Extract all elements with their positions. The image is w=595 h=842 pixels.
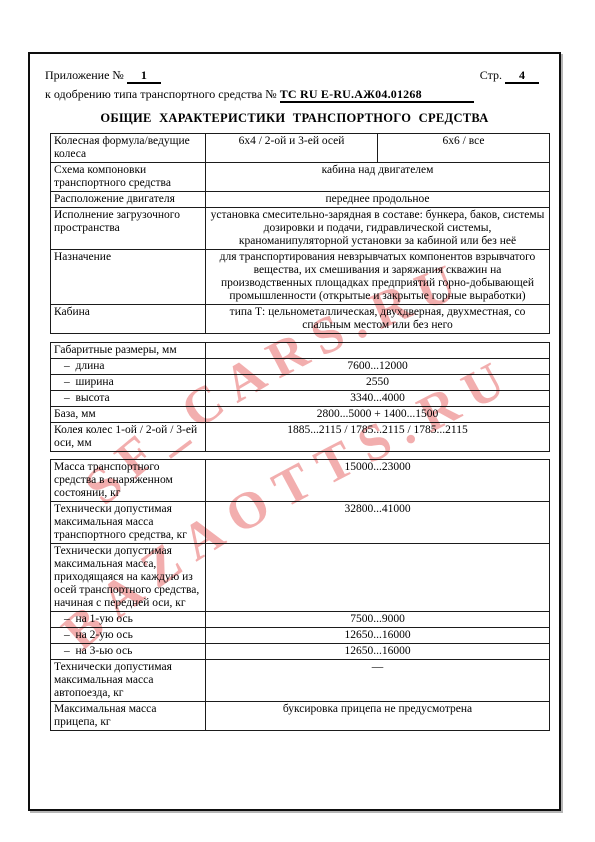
row-label-cell: – на 2-ую ось [51,628,206,644]
tables-container: Колесная формула/ведущие колеса6х4 / 2-о… [50,133,549,731]
table-row: Технически допустимая максимальная масса… [51,660,550,702]
table-row: – длина7600...12000 [51,359,550,375]
table-row: – на 2-ую ось12650...16000 [51,628,550,644]
table-row: Кабинатипа Т: цельнометаллическая, двухд… [51,305,550,334]
row-label-cell: Технически допустимая максимальная масса… [51,544,206,612]
row-value-cell: — [206,660,550,702]
row-label-cell: Кабина [51,305,206,334]
masses-table: Масса транспортного средства в снаряженн… [50,459,550,731]
row-value-cell [206,343,550,359]
row-label-cell: Назначение [51,250,206,305]
dimensions-table: Габаритные размеры, мм– длина7600...1200… [50,342,550,452]
table-row: Масса транспортного средства в снаряженн… [51,460,550,502]
table-row: Колея колес 1-ой / 2-ой / 3-ей оси, мм18… [51,423,550,452]
approval-number: ТС RU E-RU.АЖ04.01268 [280,87,474,103]
header-row: Приложение № 1 Стр. 4 [45,68,539,84]
row-label-cell: – на 3-ью ось [51,644,206,660]
table-row: Технически допустимая максимальная масса… [51,544,550,612]
row-value-cell: 12650...16000 [206,628,550,644]
row-value-cell: кабина над двигателем [206,163,550,192]
row-label-cell: – высота [51,391,206,407]
row-value-cell: типа Т: цельнометаллическая, двухдверная… [206,305,550,334]
approval-line: к одобрению типа транспортного средства … [45,87,539,102]
table-row: Габаритные размеры, мм [51,343,550,359]
row-label-cell: Максимальная масса прицепа, кг [51,702,206,731]
table-row: Максимальная масса прицепа, кгбуксировка… [51,702,550,731]
table-row: Назначениедля транспортирования невзрывч… [51,250,550,305]
row-label-cell: Технически допустимая максимальная масса… [51,502,206,544]
row-value-cell: 6х6 / все [378,134,550,163]
table-row: Исполнение загрузочного пространствауста… [51,208,550,250]
row-label-cell: – на 1-ую ось [51,612,206,628]
table-row: – ширина2550 [51,375,550,391]
row-value-cell: 2550 [206,375,550,391]
page-frame: Приложение № 1 Стр. 4 к одобрению типа т… [28,52,561,811]
table-row: Колесная формула/ведущие колеса6х4 / 2-о… [51,134,550,163]
general-characteristics-table: Колесная формула/ведущие колеса6х4 / 2-о… [50,133,550,334]
row-value-cell: установка смесительно-зарядная в составе… [206,208,550,250]
table-row: Схема компоновки транспортного средствак… [51,163,550,192]
row-value-cell: 32800...41000 [206,502,550,544]
row-label-cell: Расположение двигателя [51,192,206,208]
row-value-cell: переднее продольное [206,192,550,208]
table-row: Расположение двигателяпереднее продольно… [51,192,550,208]
row-value-cell: 1885...2115 / 1785...2115 / 1785...2115 [206,423,550,452]
table-row: Технически допустимая максимальная масса… [51,502,550,544]
row-value-cell: 6х4 / 2-ой и 3-ей осей [206,134,378,163]
table-row: – на 3-ью ось12650...16000 [51,644,550,660]
appendix-number: 1 [127,68,161,84]
table-row: – на 1-ую ось7500...9000 [51,612,550,628]
appendix-field: Приложение № 1 [45,68,161,84]
row-label-cell: Технически допустимая максимальная масса… [51,660,206,702]
page-label: Стр. [480,68,502,82]
document-title: ОБЩИЕ ХАРАКТЕРИСТИКИ ТРАНСПОРТНОГО СРЕДС… [30,111,559,126]
row-value-cell: 15000...23000 [206,460,550,502]
row-value-cell: 12650...16000 [206,644,550,660]
row-label-cell: – длина [51,359,206,375]
row-value-cell: 3340...4000 [206,391,550,407]
appendix-label: Приложение № [45,68,124,82]
table-row: База, мм2800...5000 + 1400...1500 [51,407,550,423]
row-label-cell: Масса транспортного средства в снаряженн… [51,460,206,502]
row-value-cell: для транспортирования невзрывчатых компо… [206,250,550,305]
page-number: 4 [505,68,539,84]
row-value-cell: 2800...5000 + 1400...1500 [206,407,550,423]
row-label-cell: Исполнение загрузочного пространства [51,208,206,250]
row-value-cell: 7600...12000 [206,359,550,375]
page-number-field: Стр. 4 [480,68,539,84]
row-label-cell: – ширина [51,375,206,391]
document-page: { "header": { "appendix_label": "Приложе… [0,0,595,842]
row-label-cell: Колесная формула/ведущие колеса [51,134,206,163]
row-label-cell: Габаритные размеры, мм [51,343,206,359]
table-row: – высота3340...4000 [51,391,550,407]
row-value-cell: 7500...9000 [206,612,550,628]
row-label-cell: Колея колес 1-ой / 2-ой / 3-ей оси, мм [51,423,206,452]
row-label-cell: Схема компоновки транспортного средства [51,163,206,192]
approval-label: к одобрению типа транспортного средства … [45,87,277,101]
row-label-cell: База, мм [51,407,206,423]
row-value-cell: буксировка прицепа не предусмотрена [206,702,550,731]
row-value-cell [206,544,550,612]
